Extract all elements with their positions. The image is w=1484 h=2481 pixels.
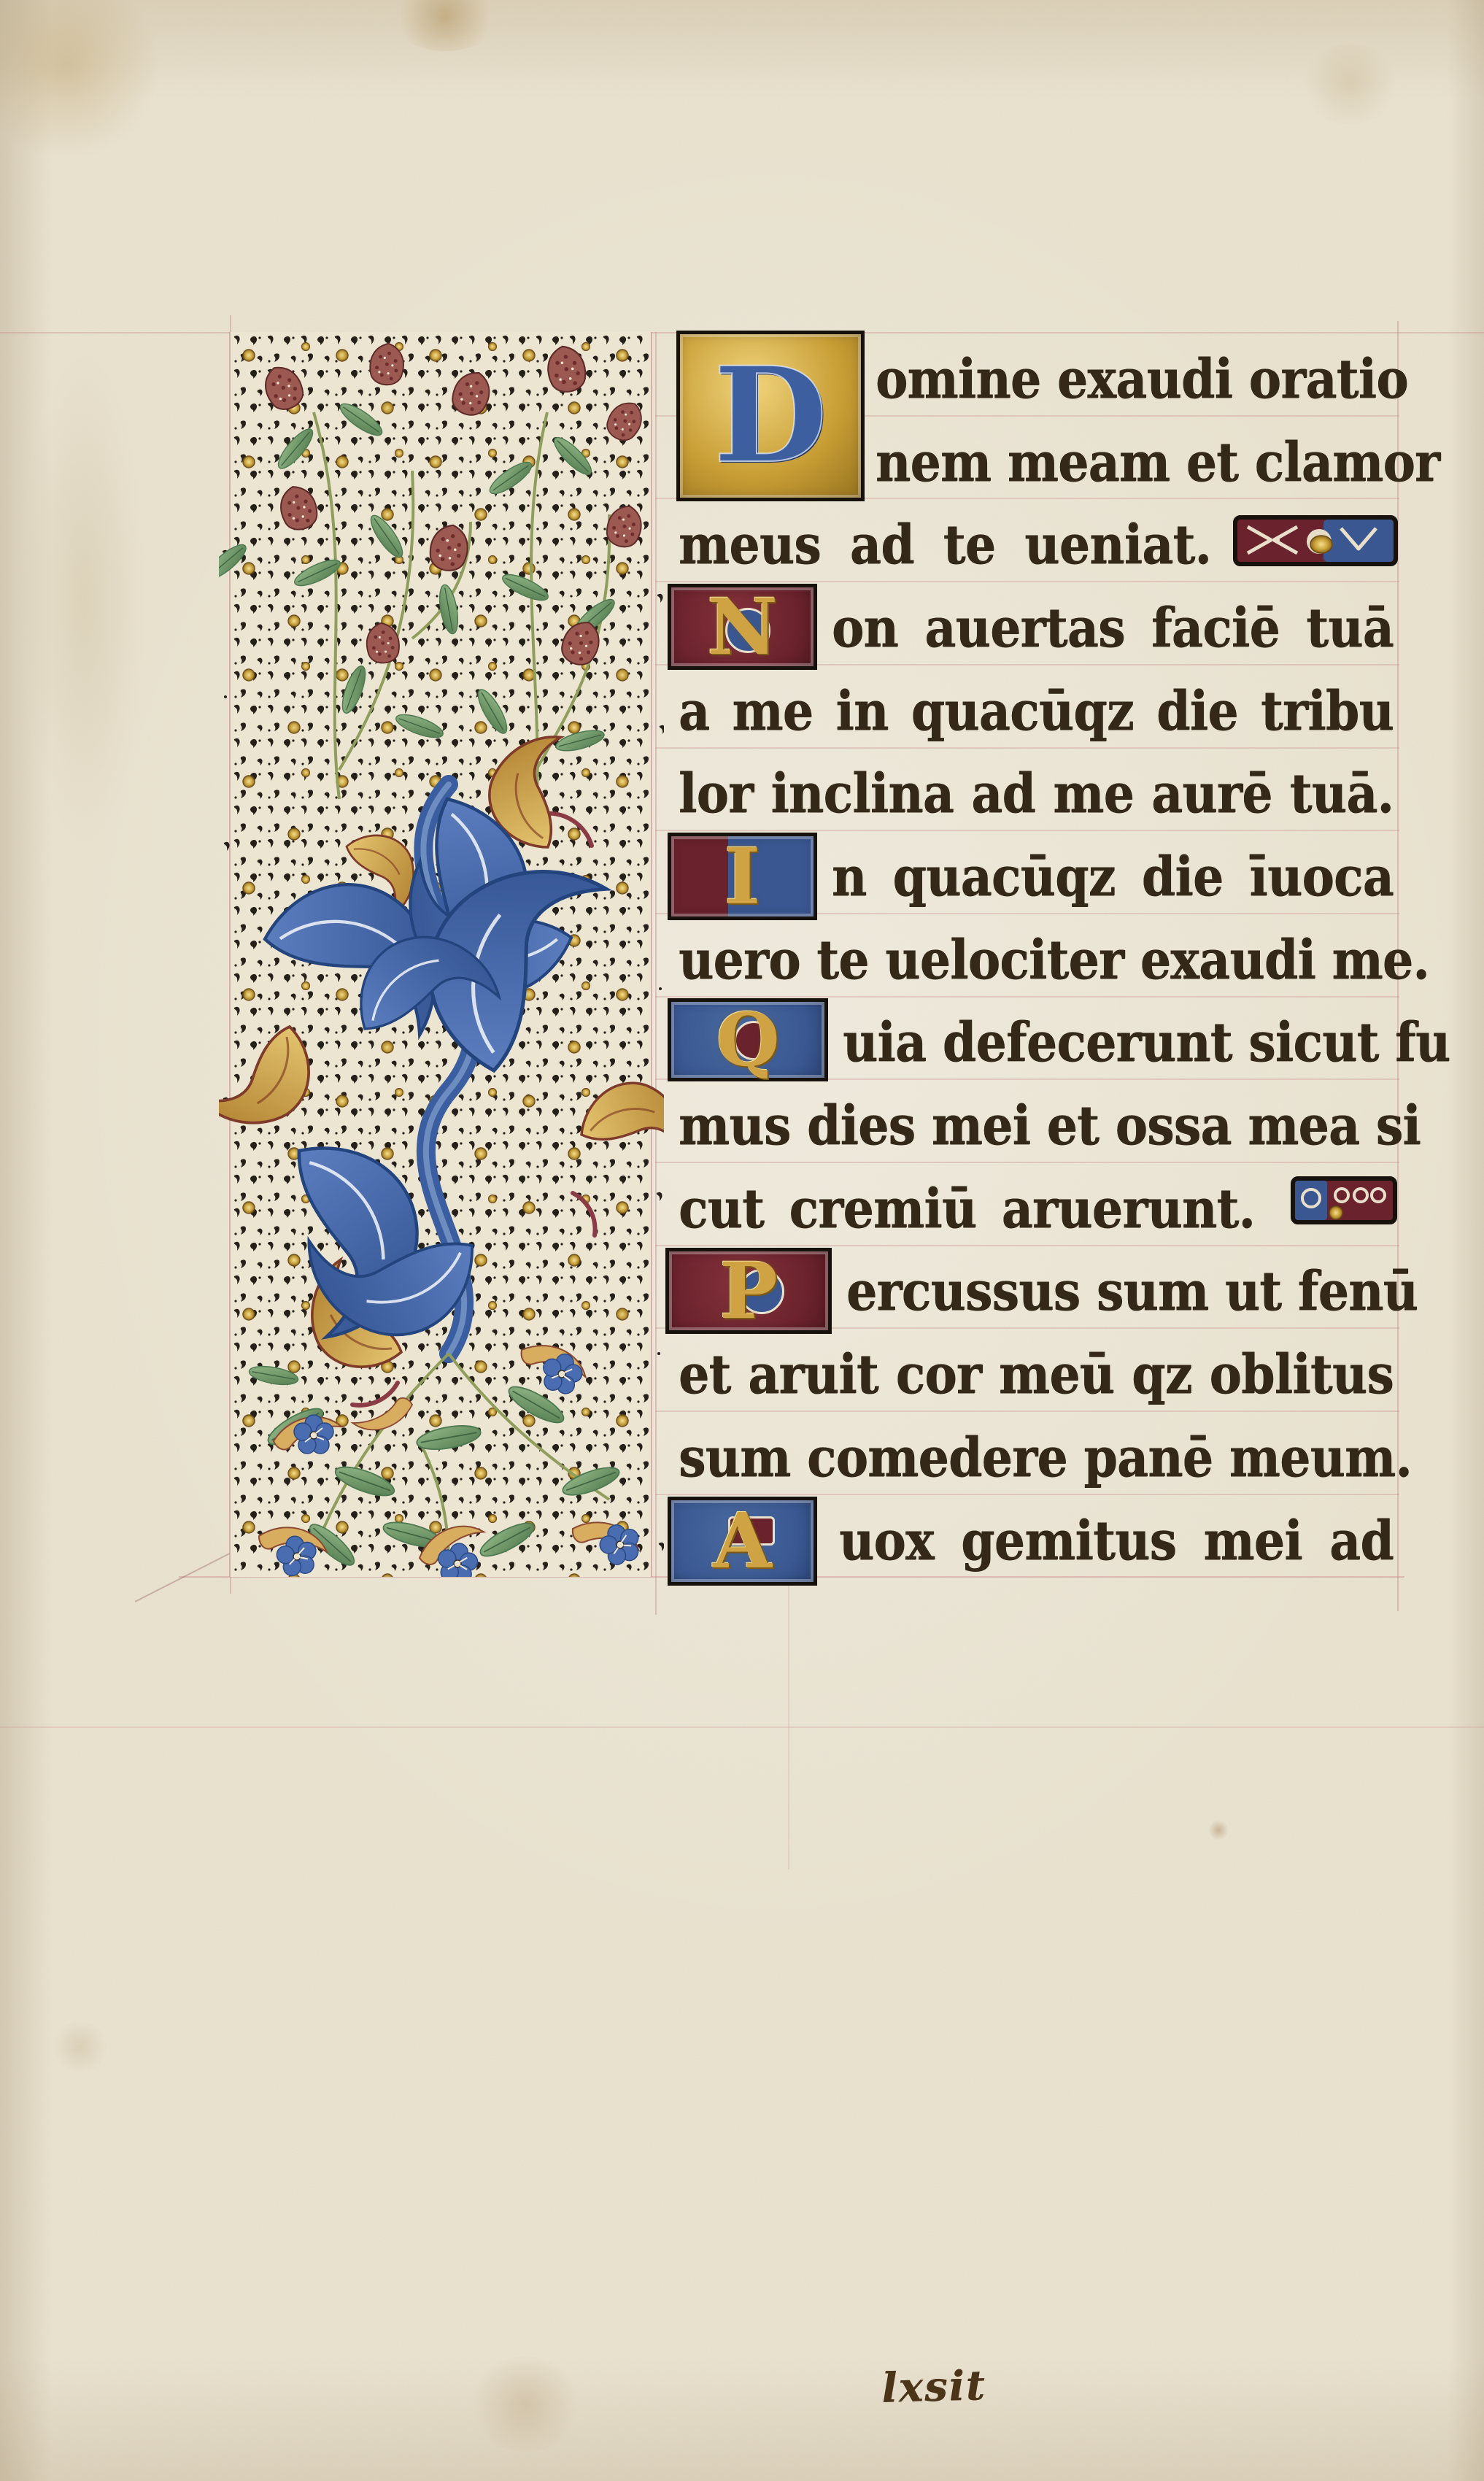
quire-inscription: lxsit — [838, 2361, 1029, 2414]
stain — [51, 2021, 109, 2072]
illuminated-initial-i: I — [668, 833, 817, 920]
psalm-line: et aruit cor meū qz oblitus — [679, 1333, 1394, 1406]
illuminated-initial-d: D — [676, 331, 865, 501]
stain — [390, 0, 500, 51]
psalm-line: on auertas faciē tuā — [832, 587, 1394, 660]
initial-letter: I — [724, 838, 761, 915]
psalm-line: cut cremiū aruerunt. — [679, 1168, 1255, 1240]
line-filler — [1291, 1176, 1397, 1227]
stain — [1299, 44, 1401, 124]
initial-letter: A — [713, 1503, 772, 1579]
stain — [467, 2357, 584, 2452]
psalm-line: mus dies mei et ossa mea si — [679, 1084, 1394, 1157]
initial-letter: P — [719, 1252, 778, 1330]
stain — [0, 0, 161, 161]
ruling-line-lower — [788, 1578, 789, 1870]
psalm-line: sum comedere panē meum. — [679, 1416, 1394, 1489]
illuminated-initial-a: A — [668, 1497, 817, 1586]
initial-letter: Q — [716, 1003, 779, 1076]
psalm-line: lor inclina ad me aurē tuā. — [679, 752, 1394, 825]
stain — [1207, 1821, 1229, 1840]
psalm-line: ercussus sum ut fenū — [846, 1250, 1394, 1323]
pencil-mark — [135, 1553, 231, 1602]
psalm-line: meus ad te ueniat. — [679, 503, 1211, 576]
illuminated-border-panel — [219, 332, 664, 1577]
psalm-line: n quacūqz die īuoca — [832, 836, 1394, 908]
psalm-line: uero te uelociter exaudi me. — [679, 919, 1394, 992]
ruling-line-lower-margin — [0, 1726, 1484, 1728]
psalm-line: nem meam et clamor — [876, 421, 1394, 494]
initial-letter: N — [707, 588, 778, 665]
illuminated-initial-q: Q — [668, 998, 828, 1081]
stain — [22, 350, 146, 846]
manuscript-page: D N I Q P A omine exaudi oratio nem meam… — [0, 0, 1484, 2481]
psalm-line: a me in quacūqz die tribu — [679, 670, 1394, 743]
illuminated-initial-p: P — [665, 1248, 832, 1334]
initial-letter: D — [714, 350, 827, 482]
illuminated-initial-n: N — [668, 584, 817, 670]
psalm-line: uia defecerunt sicut fu — [843, 1001, 1394, 1074]
psalm-line: omine exaudi oratio — [876, 338, 1394, 411]
psalm-line: uox gemitus mei ad — [839, 1500, 1394, 1573]
line-filler — [1233, 515, 1398, 569]
